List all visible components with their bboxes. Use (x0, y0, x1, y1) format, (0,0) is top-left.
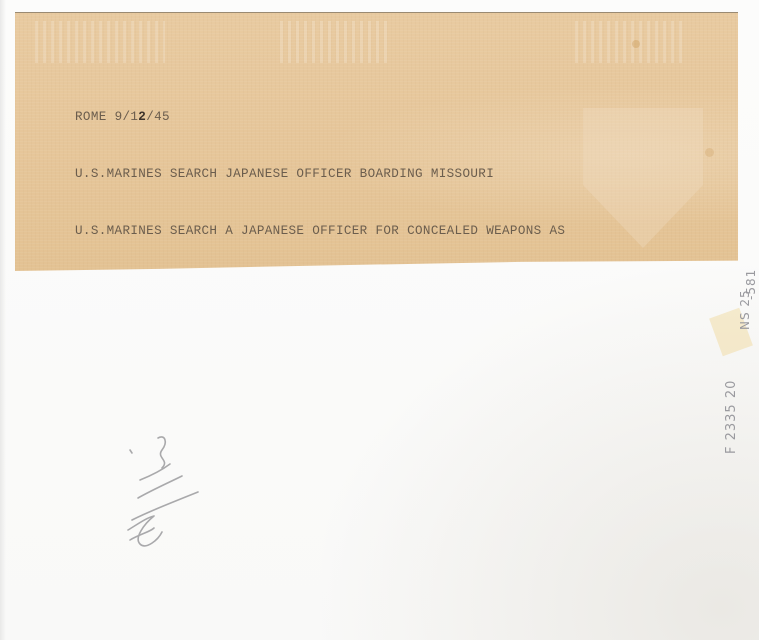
headline: U.S.MARINES SEARCH JAPANESE OFFICER BOAR… (75, 165, 565, 184)
watermark-shield (583, 108, 703, 248)
dateline-city: ROME (75, 110, 107, 124)
paper-stain (705, 148, 714, 157)
handwritten-side-note: NS 25 (738, 289, 752, 330)
photo-edge (0, 0, 6, 640)
dateline-date-suffix: /45 (146, 110, 170, 124)
handwritten-signature (110, 420, 220, 590)
dateline-date-prefix: 9/1 (115, 110, 139, 124)
handwritten-inventory-number: F 2335 20 (724, 380, 739, 454)
paper-stain (632, 40, 640, 48)
watermark-emblem (280, 21, 390, 63)
watermark-emblem (35, 21, 165, 63)
body-line: U.S.MARINES SEARCH A JAPANESE OFFICER FO… (75, 222, 565, 241)
caption-strip: ROME 9/12/45 U.S.MARINES SEARCH JAPANESE… (15, 12, 738, 271)
dateline: ROME 9/12/45 (75, 108, 565, 127)
watermark-emblem (575, 21, 685, 63)
